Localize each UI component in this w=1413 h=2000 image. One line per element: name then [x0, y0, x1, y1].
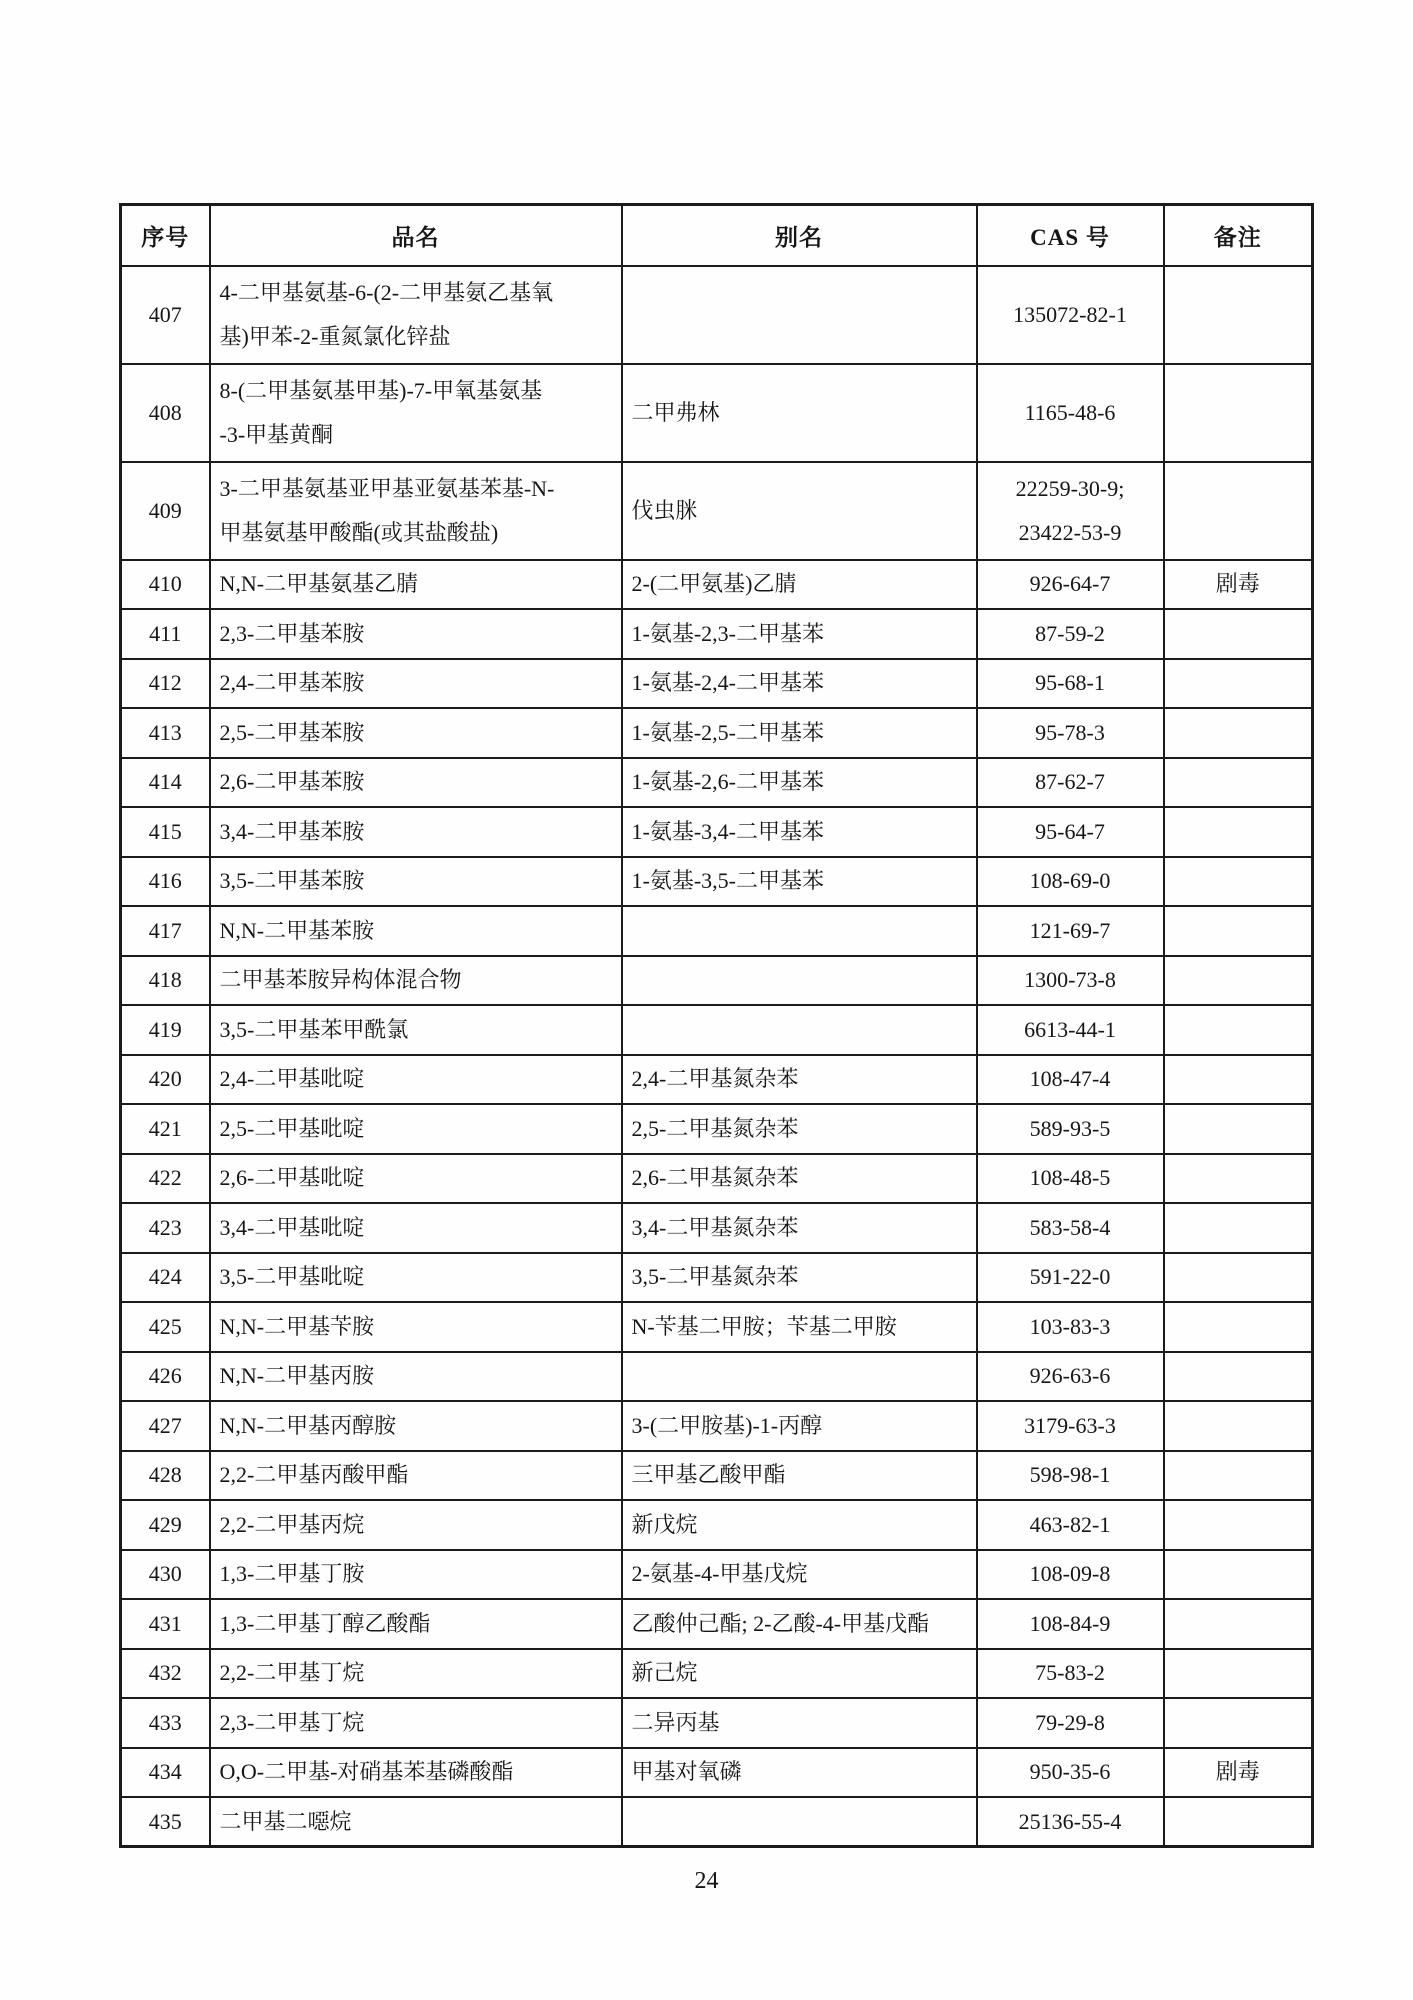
table-row: 4292,2-二甲基丙烷新戊烷463-82-1 — [121, 1500, 1313, 1550]
table-row: 4202,4-二甲基吡啶2,4-二甲基氮杂苯108-47-4 — [121, 1055, 1313, 1105]
cell-name: 2,4-二甲基吡啶 — [210, 1055, 622, 1105]
table-row: 4163,5-二甲基苯胺1-氨基-3,5-二甲基苯108-69-0 — [121, 857, 1313, 907]
cell-cas: 79-29-8 — [977, 1698, 1164, 1748]
cell-alias: 1-氨基-2,4-二甲基苯 — [622, 659, 977, 709]
cell-alias: 2-(二甲氨基)乙腈 — [622, 560, 977, 610]
table-row: 4093-二甲基氨基亚甲基亚氨基苯基-N- 甲基氨基甲酸酯(或其盐酸盐)伐虫脒2… — [121, 462, 1313, 560]
cell-remark — [1164, 1005, 1313, 1055]
cell-alias: 3,5-二甲基氮杂苯 — [622, 1253, 977, 1303]
cell-cas: 926-64-7 — [977, 560, 1164, 610]
cell-cas: 135072-82-1 — [977, 266, 1164, 364]
cell-cas: 926-63-6 — [977, 1352, 1164, 1402]
table-row: 4212,5-二甲基吡啶2,5-二甲基氮杂苯589-93-5 — [121, 1104, 1313, 1154]
table-row: 4332,3-二甲基丁烷二异丙基79-29-8 — [121, 1698, 1313, 1748]
cell-name: N,N-二甲基丙醇胺 — [210, 1401, 622, 1451]
cell-cas: 95-78-3 — [977, 708, 1164, 758]
cell-index: 407 — [121, 266, 210, 364]
cell-cas: 108-84-9 — [977, 1599, 1164, 1649]
cell-cas: 1300-73-8 — [977, 956, 1164, 1006]
cell-name: 3,5-二甲基苯胺 — [210, 857, 622, 907]
cell-name: 3-二甲基氨基亚甲基亚氨基苯基-N- 甲基氨基甲酸酯(或其盐酸盐) — [210, 462, 622, 560]
cell-alias: 2-氨基-4-甲基戊烷 — [622, 1550, 977, 1600]
column-header-name: 品名 — [210, 205, 622, 266]
table-row: 4222,6-二甲基吡啶2,6-二甲基氮杂苯108-48-5 — [121, 1154, 1313, 1204]
cell-remark — [1164, 609, 1313, 659]
cell-remark — [1164, 956, 1313, 1006]
cell-cas: 75-83-2 — [977, 1649, 1164, 1699]
cell-cas: 108-47-4 — [977, 1055, 1164, 1105]
cell-alias: 甲基对氧磷 — [622, 1748, 977, 1798]
cell-alias: N-苄基二甲胺；苄基二甲胺 — [622, 1302, 977, 1352]
cell-name: 2,5-二甲基苯胺 — [210, 708, 622, 758]
cell-remark — [1164, 1104, 1313, 1154]
cell-remark — [1164, 857, 1313, 907]
chemical-table: 序号 品名 别名 CAS 号 备注 4074-二甲基氨基-6-(2-二甲基氨乙基… — [119, 203, 1314, 1848]
cell-index: 415 — [121, 807, 210, 857]
table-row: 4142,6-二甲基苯胺1-氨基-2,6-二甲基苯87-62-7 — [121, 758, 1313, 808]
cell-alias — [622, 906, 977, 956]
cell-name: 2,2-二甲基丙酸甲酯 — [210, 1451, 622, 1501]
cell-alias — [622, 1005, 977, 1055]
cell-alias: 2,6-二甲基氮杂苯 — [622, 1154, 977, 1204]
table-row: 4282,2-二甲基丙酸甲酯三甲基乙酸甲酯598-98-1 — [121, 1451, 1313, 1501]
cell-cas: 1165-48-6 — [977, 364, 1164, 462]
cell-name: 4-二甲基氨基-6-(2-二甲基氨乙基氧 基)甲苯-2-重氮氯化锌盐 — [210, 266, 622, 364]
cell-cas: 121-69-7 — [977, 906, 1164, 956]
cell-alias: 二异丙基 — [622, 1698, 977, 1748]
cell-index: 433 — [121, 1698, 210, 1748]
cell-name: N,N-二甲基苯胺 — [210, 906, 622, 956]
cell-alias: 1-氨基-3,4-二甲基苯 — [622, 807, 977, 857]
cell-cas: 87-59-2 — [977, 609, 1164, 659]
table-row: 4243,5-二甲基吡啶3,5-二甲基氮杂苯591-22-0 — [121, 1253, 1313, 1303]
cell-index: 418 — [121, 956, 210, 1006]
cell-remark — [1164, 906, 1313, 956]
cell-index: 417 — [121, 906, 210, 956]
cell-alias: 新戊烷 — [622, 1500, 977, 1550]
cell-index: 408 — [121, 364, 210, 462]
cell-alias: 乙酸仲己酯; 2-乙酸-4-甲基戊酯 — [622, 1599, 977, 1649]
table-body: 4074-二甲基氨基-6-(2-二甲基氨乙基氧 基)甲苯-2-重氮氯化锌盐135… — [121, 266, 1313, 1847]
table-row: 4153,4-二甲基苯胺1-氨基-3,4-二甲基苯95-64-7 — [121, 807, 1313, 857]
cell-name: 1,3-二甲基丁醇乙酸酯 — [210, 1599, 622, 1649]
cell-alias: 新己烷 — [622, 1649, 977, 1699]
cell-cas: 108-48-5 — [977, 1154, 1164, 1204]
cell-cas: 6613-44-1 — [977, 1005, 1164, 1055]
cell-index: 416 — [121, 857, 210, 907]
cell-remark — [1164, 758, 1313, 808]
cell-remark — [1164, 1451, 1313, 1501]
cell-remark — [1164, 1154, 1313, 1204]
column-header-cas: CAS 号 — [977, 205, 1164, 266]
cell-cas: 95-64-7 — [977, 807, 1164, 857]
cell-remark — [1164, 462, 1313, 560]
cell-remark — [1164, 1253, 1313, 1303]
table-row: 417N,N-二甲基苯胺121-69-7 — [121, 906, 1313, 956]
cell-alias: 伐虫脒 — [622, 462, 977, 560]
cell-name: 2,5-二甲基吡啶 — [210, 1104, 622, 1154]
table-row: 410N,N-二甲基氨基乙腈2-(二甲氨基)乙腈926-64-7剧毒 — [121, 560, 1313, 610]
cell-cas: 87-62-7 — [977, 758, 1164, 808]
cell-index: 432 — [121, 1649, 210, 1699]
cell-name: 2,2-二甲基丙烷 — [210, 1500, 622, 1550]
cell-cas: 108-09-8 — [977, 1550, 1164, 1600]
table-row: 435二甲基二噁烷25136-55-4 — [121, 1797, 1313, 1847]
cell-name: N,N-二甲基苄胺 — [210, 1302, 622, 1352]
cell-alias: 1-氨基-2,3-二甲基苯 — [622, 609, 977, 659]
cell-index: 424 — [121, 1253, 210, 1303]
cell-name: 8-(二甲基氨基甲基)-7-甲氧基氨基 -3-甲基黄酮 — [210, 364, 622, 462]
table-row: 4311,3-二甲基丁醇乙酸酯乙酸仲己酯; 2-乙酸-4-甲基戊酯108-84-… — [121, 1599, 1313, 1649]
cell-name: 2,3-二甲基苯胺 — [210, 609, 622, 659]
cell-remark — [1164, 1055, 1313, 1105]
cell-index: 409 — [121, 462, 210, 560]
table-row: 434O,O-二甲基-对硝基苯基磷酸酯甲基对氧磷950-35-6剧毒 — [121, 1748, 1313, 1798]
cell-name: 2,3-二甲基丁烷 — [210, 1698, 622, 1748]
table-row: 427N,N-二甲基丙醇胺3-(二甲胺基)-1-丙醇3179-63-3 — [121, 1401, 1313, 1451]
cell-alias: 2,4-二甲基氮杂苯 — [622, 1055, 977, 1105]
cell-alias — [622, 1797, 977, 1847]
cell-alias: 三甲基乙酸甲酯 — [622, 1451, 977, 1501]
cell-index: 420 — [121, 1055, 210, 1105]
cell-name: 2,4-二甲基苯胺 — [210, 659, 622, 709]
column-header-remark: 备注 — [1164, 205, 1313, 266]
table-row: 4132,5-二甲基苯胺1-氨基-2,5-二甲基苯95-78-3 — [121, 708, 1313, 758]
cell-index: 419 — [121, 1005, 210, 1055]
cell-alias: 1-氨基-3,5-二甲基苯 — [622, 857, 977, 907]
table-row: 426N,N-二甲基丙胺926-63-6 — [121, 1352, 1313, 1402]
cell-cas: 103-83-3 — [977, 1302, 1164, 1352]
cell-index: 421 — [121, 1104, 210, 1154]
cell-remark — [1164, 659, 1313, 709]
cell-name: N,N-二甲基丙胺 — [210, 1352, 622, 1402]
cell-alias — [622, 956, 977, 1006]
cell-name: 二甲基二噁烷 — [210, 1797, 622, 1847]
cell-remark — [1164, 1550, 1313, 1600]
cell-cas: 583-58-4 — [977, 1203, 1164, 1253]
table-row: 4088-(二甲基氨基甲基)-7-甲氧基氨基 -3-甲基黄酮二甲弗林1165-4… — [121, 364, 1313, 462]
cell-index: 434 — [121, 1748, 210, 1798]
table-row: 4193,5-二甲基苯甲酰氯6613-44-1 — [121, 1005, 1313, 1055]
cell-remark — [1164, 1649, 1313, 1699]
cell-index: 414 — [121, 758, 210, 808]
cell-remark — [1164, 1302, 1313, 1352]
cell-name: 3,5-二甲基吡啶 — [210, 1253, 622, 1303]
cell-index: 426 — [121, 1352, 210, 1402]
cell-remark — [1164, 1203, 1313, 1253]
cell-remark — [1164, 1599, 1313, 1649]
cell-cas: 598-98-1 — [977, 1451, 1164, 1501]
cell-index: 427 — [121, 1401, 210, 1451]
cell-cas: 3179-63-3 — [977, 1401, 1164, 1451]
table-row: 4074-二甲基氨基-6-(2-二甲基氨乙基氧 基)甲苯-2-重氮氯化锌盐135… — [121, 266, 1313, 364]
cell-cas: 591-22-0 — [977, 1253, 1164, 1303]
table-row: 4301,3-二甲基丁胺2-氨基-4-甲基戊烷108-09-8 — [121, 1550, 1313, 1600]
cell-name: 3,4-二甲基苯胺 — [210, 807, 622, 857]
cell-alias: 1-氨基-2,6-二甲基苯 — [622, 758, 977, 808]
cell-alias: 2,5-二甲基氮杂苯 — [622, 1104, 977, 1154]
cell-index: 410 — [121, 560, 210, 610]
cell-remark — [1164, 1698, 1313, 1748]
table-row: 418二甲基苯胺异构体混合物1300-73-8 — [121, 956, 1313, 1006]
table-row: 425N,N-二甲基苄胺N-苄基二甲胺；苄基二甲胺103-83-3 — [121, 1302, 1313, 1352]
page-number: 24 — [0, 1868, 1413, 1895]
column-header-alias: 别名 — [622, 205, 977, 266]
cell-cas: 108-69-0 — [977, 857, 1164, 907]
cell-name: N,N-二甲基氨基乙腈 — [210, 560, 622, 610]
cell-index: 412 — [121, 659, 210, 709]
cell-name: 3,5-二甲基苯甲酰氯 — [210, 1005, 622, 1055]
table-row: 4122,4-二甲基苯胺1-氨基-2,4-二甲基苯95-68-1 — [121, 659, 1313, 709]
cell-remark — [1164, 1401, 1313, 1451]
cell-remark — [1164, 1500, 1313, 1550]
cell-cas: 589-93-5 — [977, 1104, 1164, 1154]
cell-name: 3,4-二甲基吡啶 — [210, 1203, 622, 1253]
cell-remark — [1164, 807, 1313, 857]
column-header-index: 序号 — [121, 205, 210, 266]
cell-name: O,O-二甲基-对硝基苯基磷酸酯 — [210, 1748, 622, 1798]
cell-remark: 剧毒 — [1164, 560, 1313, 610]
cell-name: 二甲基苯胺异构体混合物 — [210, 956, 622, 1006]
cell-remark: 剧毒 — [1164, 1748, 1313, 1798]
cell-alias — [622, 1352, 977, 1402]
cell-remark — [1164, 266, 1313, 364]
cell-index: 411 — [121, 609, 210, 659]
cell-alias: 3,4-二甲基氮杂苯 — [622, 1203, 977, 1253]
cell-cas: 95-68-1 — [977, 659, 1164, 709]
cell-index: 422 — [121, 1154, 210, 1204]
cell-cas: 950-35-6 — [977, 1748, 1164, 1798]
cell-cas: 463-82-1 — [977, 1500, 1164, 1550]
cell-remark — [1164, 708, 1313, 758]
cell-name: 2,2-二甲基丁烷 — [210, 1649, 622, 1699]
table-header-row: 序号 品名 别名 CAS 号 备注 — [121, 205, 1313, 266]
cell-cas: 25136-55-4 — [977, 1797, 1164, 1847]
cell-name: 2,6-二甲基吡啶 — [210, 1154, 622, 1204]
cell-index: 425 — [121, 1302, 210, 1352]
cell-alias: 二甲弗林 — [622, 364, 977, 462]
cell-index: 413 — [121, 708, 210, 758]
cell-index: 428 — [121, 1451, 210, 1501]
cell-index: 429 — [121, 1500, 210, 1550]
cell-alias: 1-氨基-2,5-二甲基苯 — [622, 708, 977, 758]
table-row: 4322,2-二甲基丁烷新己烷75-83-2 — [121, 1649, 1313, 1699]
cell-name: 2,6-二甲基苯胺 — [210, 758, 622, 808]
cell-cas: 22259-30-9; 23422-53-9 — [977, 462, 1164, 560]
table-row: 4112,3-二甲基苯胺1-氨基-2,3-二甲基苯87-59-2 — [121, 609, 1313, 659]
cell-remark — [1164, 364, 1313, 462]
cell-remark — [1164, 1797, 1313, 1847]
cell-index: 430 — [121, 1550, 210, 1600]
cell-name: 1,3-二甲基丁胺 — [210, 1550, 622, 1600]
cell-alias: 3-(二甲胺基)-1-丙醇 — [622, 1401, 977, 1451]
table-row: 4233,4-二甲基吡啶3,4-二甲基氮杂苯583-58-4 — [121, 1203, 1313, 1253]
cell-index: 423 — [121, 1203, 210, 1253]
cell-index: 431 — [121, 1599, 210, 1649]
cell-alias — [622, 266, 977, 364]
document-page: 序号 品名 别名 CAS 号 备注 4074-二甲基氨基-6-(2-二甲基氨乙基… — [0, 0, 1413, 2000]
cell-index: 435 — [121, 1797, 210, 1847]
cell-remark — [1164, 1352, 1313, 1402]
